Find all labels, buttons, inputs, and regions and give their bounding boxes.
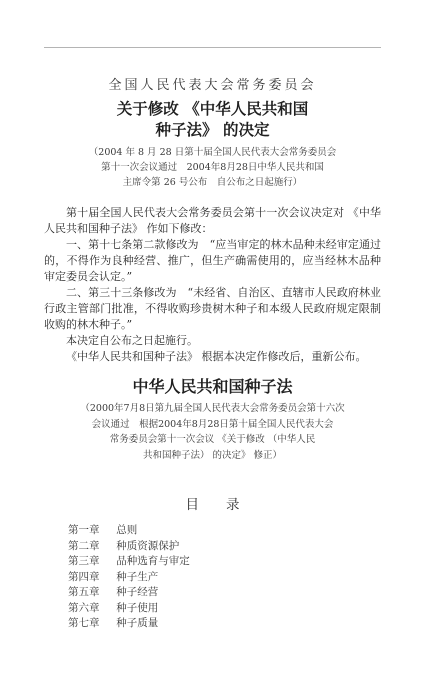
decision-paragraph-intro: 第十届全国人民代表大会常务委员会第十一次会议决定对 《中华人民共和国种子法》 作… <box>44 205 381 237</box>
toc-chapter-title: 种子使用 <box>116 602 158 614</box>
decision-title-line-2: 种子法》 的决定 <box>0 119 425 140</box>
decision-title-line-1: 关于修改 《中华人民共和国 <box>0 98 425 119</box>
toc-chapter-title: 品种选育与审定 <box>116 555 190 567</box>
decision-body: 第十届全国人民代表大会常务委员会第十一次会议决定对 《中华人民共和国种子法》 作… <box>44 205 381 365</box>
toc-item-chapter-5: 第五章种子经营 <box>68 585 425 601</box>
decision-title: 关于修改 《中华人民共和国 种子法》 的决定 <box>0 98 425 140</box>
toc-item-chapter-7: 第七章种子质量 <box>68 616 425 632</box>
toc-chapter-number: 第四章 <box>68 571 100 583</box>
document-page: 全国人民代表大会常务委员会 关于修改 《中华人民共和国 种子法》 的决定 （20… <box>0 0 425 680</box>
decision-paragraph-republish: 《中华人民共和国种子法》 根据本决定作修改后，重新公布。 <box>44 349 381 365</box>
toc-chapter-number: 第五章 <box>68 586 100 598</box>
decision-note-line-1: （2004 年 8 月 28 日第十届全国人民代表大会常务委员会 <box>0 145 425 160</box>
law-note-line-2: 会议通过 根据2004年8月28日第十届全国人民代表大会 <box>0 417 425 433</box>
toc-chapter-number: 第三章 <box>68 555 100 567</box>
header-divider <box>44 47 381 48</box>
decision-paragraph-amendment-1: 一、第十七条第二款修改为 “应当审定的林木品种未经审定通过的，不得作为良种经营、… <box>44 237 381 285</box>
toc-chapter-title: 种子经营 <box>116 586 158 598</box>
decision-paragraph-amendment-2: 二、第三十三条修改为 “未经省、自治区、直辖市人民政府林业行政主管部门批准，不得… <box>44 285 381 333</box>
toc-heading: 目 录 <box>0 493 425 513</box>
toc-list: 第一章总则 第二章种质资源保护 第三章品种选育与审定 第四章种子生产 第五章种子… <box>68 523 425 632</box>
toc-chapter-number: 第七章 <box>68 617 100 629</box>
toc-chapter-number: 第二章 <box>68 540 100 552</box>
toc-item-chapter-1: 第一章总则 <box>68 523 425 539</box>
decision-note-line-3: 主席令第 26 号公布 自公布之日起施行） <box>0 175 425 190</box>
toc-item-chapter-4: 第四章种子生产 <box>68 570 425 586</box>
law-note-line-3: 常务委员会第十一次会议 《关于修改 （中华人民 <box>0 432 425 448</box>
toc-item-chapter-3: 第三章品种选育与审定 <box>68 554 425 570</box>
issuing-body: 全国人民代表大会常务委员会 <box>0 74 425 93</box>
decision-header: 全国人民代表大会常务委员会 关于修改 《中华人民共和国 种子法》 的决定 （20… <box>0 0 425 190</box>
law-adoption-note: （2000年7月8日第九届全国人民代表大会常务委员会第十六次 会议通过 根据20… <box>0 401 425 463</box>
law-note-line-4: 共和国种子法） 的决定》 修正） <box>0 448 425 464</box>
toc-chapter-title: 种质资源保护 <box>116 540 179 552</box>
law-title: 中华人民共和国种子法 <box>0 374 425 397</box>
toc-chapter-number: 第六章 <box>68 602 100 614</box>
toc-item-chapter-6: 第六章种子使用 <box>68 601 425 617</box>
toc-chapter-title: 种子质量 <box>116 617 158 629</box>
decision-note-line-2: 第十一次会议通过 2004年8月28日中华人民共和国 <box>0 160 425 175</box>
toc-item-chapter-2: 第二章种质资源保护 <box>68 539 425 555</box>
toc-chapter-title: 总则 <box>116 524 137 536</box>
law-note-line-1: （2000年7月8日第九届全国人民代表大会常务委员会第十六次 <box>0 401 425 417</box>
decision-adoption-note: （2004 年 8 月 28 日第十届全国人民代表大会常务委员会 第十一次会议通… <box>0 145 425 190</box>
toc-chapter-number: 第一章 <box>68 524 100 536</box>
decision-paragraph-effective: 本决定自公布之日起施行。 <box>44 333 381 349</box>
toc-chapter-title: 种子生产 <box>116 571 158 583</box>
